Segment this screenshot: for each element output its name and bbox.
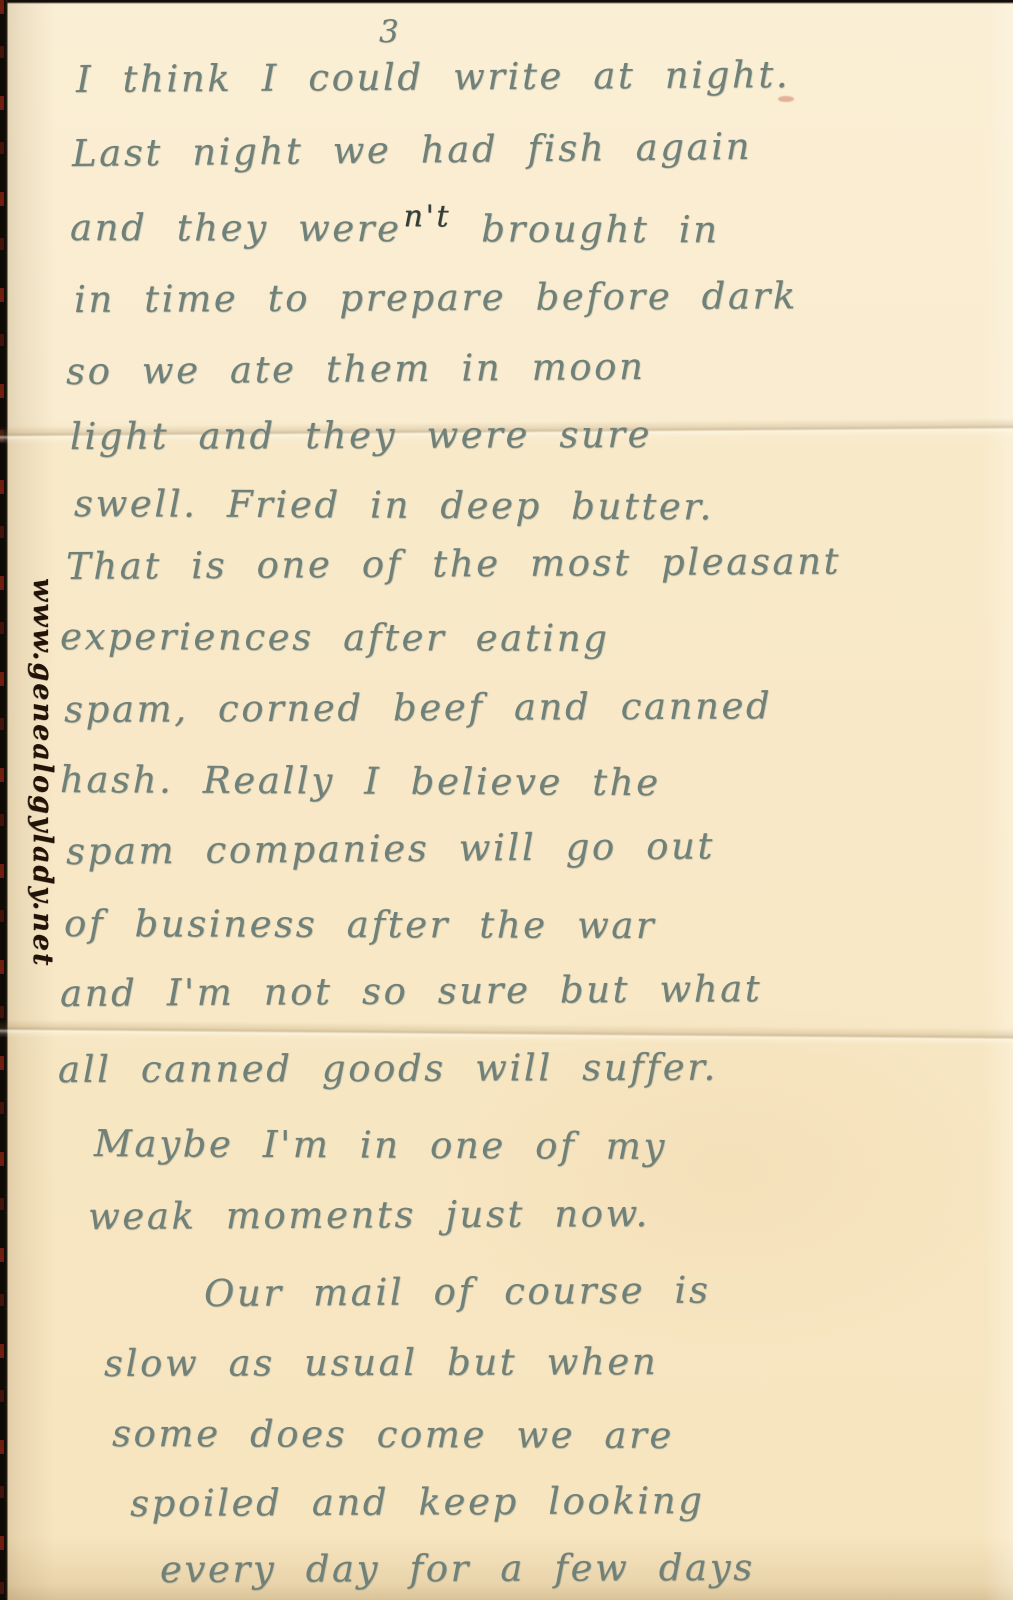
scan-edge-top — [0, 0, 1013, 4]
handwritten-line: so we ate them in moon — [66, 345, 646, 393]
handwritten-line: Maybe I'm in one of my — [94, 1122, 667, 1168]
handwritten-line: some does come we are — [112, 1412, 674, 1457]
handwritten-line: and they weren't brought in — [70, 206, 720, 251]
handwritten-line: of business after the war — [64, 902, 656, 947]
handwritten-line: weak moments just now. — [88, 1192, 650, 1238]
handwritten-line: light and they were sure — [70, 413, 652, 458]
inserted-correction: n't — [404, 199, 452, 234]
handwritten-line: swell. Fried in deep butter. — [74, 482, 714, 528]
handwritten-line: spam companies will go out — [66, 824, 715, 873]
handwritten-line: every day for a few days — [160, 1546, 755, 1591]
fold-crease-lower — [0, 1019, 1013, 1046]
handwritten-line: Our mail of course is — [204, 1268, 711, 1315]
page-number: 3 — [379, 14, 399, 50]
scanned-letter-page: www.genealogylady.net 3 I think I could … — [0, 0, 1013, 1600]
watermark: www.genealogylady.net — [10, 578, 58, 1018]
handwritten-line: hash. Really I believe the — [60, 758, 661, 804]
handwritten-line: spoiled and keep looking — [130, 1479, 705, 1525]
red-smudge — [778, 96, 794, 102]
scan-edge-red-flecks — [0, 0, 4, 1600]
handwritten-line: That is one of the most pleasant — [66, 540, 841, 588]
handwritten-line: all canned goods will suffer. — [58, 1046, 718, 1091]
handwritten-line: in time to prepare before dark — [74, 274, 798, 321]
handwritten-line: I think I could write at night. — [76, 53, 791, 101]
handwritten-line: slow as usual but when — [104, 1340, 658, 1385]
handwritten-line: and I'm not so sure but what — [60, 967, 763, 1015]
handwritten-line: Last night we had fish again — [72, 125, 753, 175]
handwritten-line: experiences after eating — [60, 615, 610, 660]
handwritten-line: spam, corned beef and canned — [64, 684, 773, 731]
